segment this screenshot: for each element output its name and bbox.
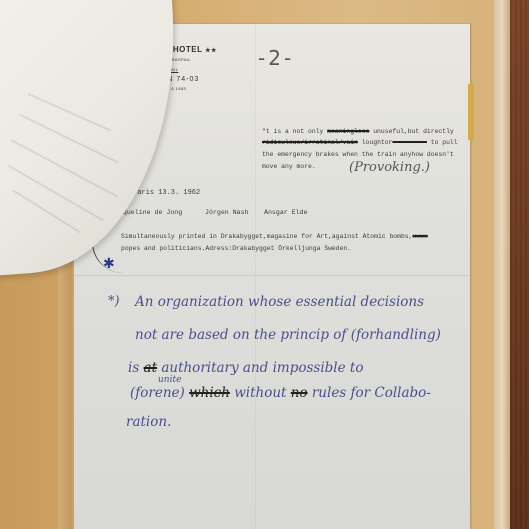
footnote-line-3: is at authoritary and impossible to (128, 360, 363, 376)
quote-line-4: move any more. (262, 163, 316, 170)
publication-line-1: Simultaneously printed in Drakabygget,ma… (121, 233, 428, 240)
date-line: Paris 13.3. 1962 (133, 189, 200, 197)
bleed-through-text (8, 165, 104, 222)
footnote-insert-unite: unite (158, 375, 181, 385)
footnote-marker: *) (108, 294, 120, 309)
folder-edge (494, 0, 510, 529)
footnote-line-1: An organization whose essential decision… (135, 294, 424, 310)
hotel-stars: ★★ (205, 48, 217, 54)
quote-line-2: ridiculous/irratinal/vain loughtor to pu… (262, 139, 458, 146)
bleed-through-text (11, 139, 118, 197)
quote-line-3: the emergency brakes when the train anyh… (262, 151, 454, 158)
tape-strip (468, 84, 474, 140)
asterisk-icon: ✱ (103, 256, 115, 272)
quote-line-1: "t is a not only meaningless unuseful,bu… (262, 128, 454, 135)
signatory-3: Ansgar Elde (264, 209, 308, 216)
paper-fold-line (74, 275, 470, 276)
paper-fold-line-vertical (255, 24, 256, 529)
footnote-line-4: (forene) which without no rules for Coll… (130, 385, 431, 401)
bleed-through-text (19, 114, 119, 164)
handwritten-provoking: (Provoking.) (349, 160, 430, 175)
footnote-line-2: not are based on the princip of (forhand… (135, 327, 441, 343)
footnote-line-5: ration. (126, 414, 171, 430)
signatory-2: Jörgen Nash (205, 209, 249, 216)
publication-line-2: popes and politicians.Adress:Drakabygget… (121, 245, 351, 252)
page-number: -2- (258, 46, 294, 70)
bleed-through-text (12, 189, 81, 233)
